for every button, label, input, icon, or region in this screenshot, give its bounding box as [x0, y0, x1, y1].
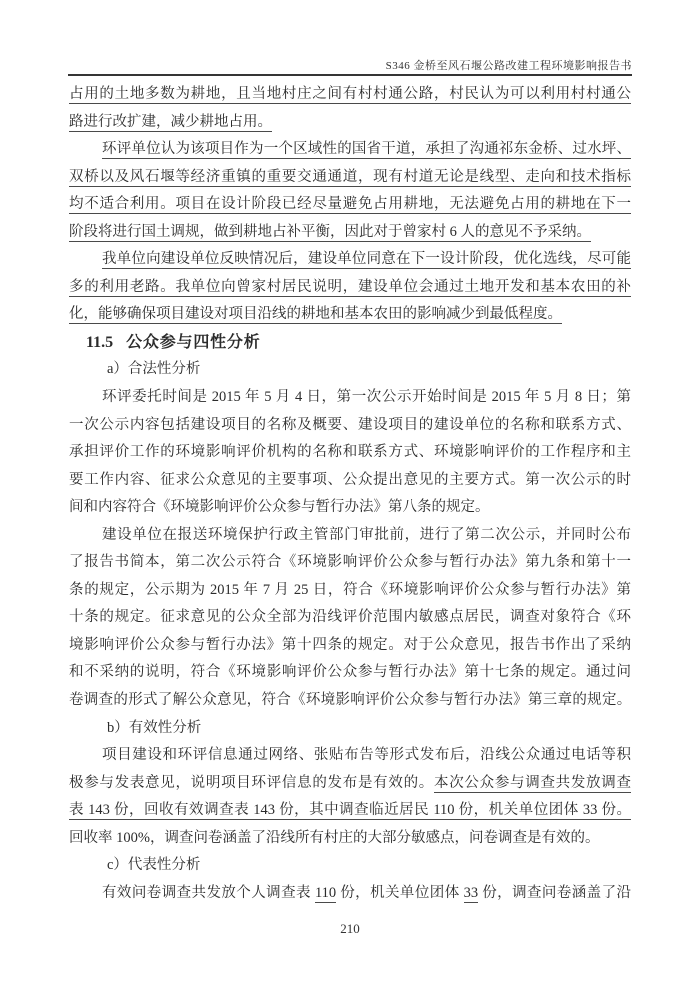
page-number: 210	[0, 921, 700, 937]
text-line: 占用的土地多数为耕地，且当地村庄之间有村村通公路，村民认为可以利用村村通公	[69, 81, 631, 109]
text-line: 回收率 100%，调查问卷涵盖了沿线所有村庄的大部分敏感点，问卷调查是有效的。	[69, 825, 631, 853]
document-body: 占用的土地多数为耕地，且当地村庄之间有村村通公路，村民认为可以利用村村通公路进行…	[69, 81, 631, 907]
text-segment: 了报告书简本，第二次公示符合《环境影响评价公众参与暂行办法》第九条和第十一	[69, 554, 631, 570]
text-segment: 有效问卷调查共发放个人调查表	[102, 885, 315, 901]
text-line: 承担评价工作的环境影响评价机构的名称和联系方式、环境影响评价的工作程序和主	[69, 439, 631, 467]
underlined-text: 我单位向建设单位反映情况后，建设单位同意在下一设计阶段，优化选线，尽可能	[102, 251, 631, 269]
section-title: 公众参与四性分析	[126, 334, 260, 351]
text-line: 有效问卷调查共发放个人调查表 110 份，机关单位团体 33 份，调查问卷涵盖了…	[69, 880, 631, 908]
underlined-text: 占用的土地多数为耕地，且当地村庄之间有村村通公路，村民认为可以利用村村通公	[69, 86, 631, 104]
underlined-text: 表 143 份，回收有效调查表 143 份，其中调查临近居民 110 份，机关单…	[69, 802, 631, 820]
text-line: 间和内容符合《环境影响评价公众参与暂行办法》第八条的规定。	[69, 494, 631, 522]
text-segment: 份，机关单位团体	[336, 885, 463, 901]
text-segment: 建设单位在报送环境保护行政主管部门审批前，进行了第二次公示，并同时公布	[102, 527, 631, 543]
text-line: 境影响评价公众参与暂行办法》第十四条的规定。对于公众意见，报告书作出了采纳	[69, 632, 631, 660]
text-line: 我单位向建设单位反映情况后，建设单位同意在下一设计阶段，优化选线，尽可能	[69, 246, 631, 274]
text-line: 项目建设和环评信息通过网络、张贴布告等形式发布后，沿线公众通过电话等积	[69, 742, 631, 770]
text-segment: b）有效性分析	[107, 720, 201, 736]
subsection-heading: b）有效性分析	[69, 715, 631, 743]
text-line: 要工作内容、征求公众意见的主要事项、公众提出意见的主要方式。第一次公示的时	[69, 467, 631, 495]
text-line: 一次公示内容包括建设项目的名称及概要、建设项目的建设单位的名称和联系方式、	[69, 412, 631, 440]
text-segment: 和不采纳的说明，符合《环境影响评价公众参与暂行办法》第十七条的规定。通过问	[69, 664, 631, 680]
text-line: 建设单位在报送环境保护行政主管部门审批前，进行了第二次公示，并同时公布	[69, 522, 631, 550]
text-line: 双桥以及风石堰等经济重镇的重要交通通道，现有村道无论是线型、走向和技术指标	[69, 164, 631, 192]
text-segment: a）合法性分析	[107, 361, 200, 377]
underlined-text: 路进行改扩建，减少耕地占用。	[69, 114, 272, 132]
report-page: S346 金桥至风石堰公路改建工程环境影响报告书 占用的土地多数为耕地，且当地村…	[0, 0, 700, 990]
text-line: 了报告书简本，第二次公示符合《环境影响评价公众参与暂行办法》第九条和第十一	[69, 549, 631, 577]
text-segment: 十条的规定。征求意见的公众全部为沿线评价范围内敏感点居民，调查对象符合《环	[69, 609, 631, 625]
underlined-text: 33	[464, 885, 479, 903]
text-line: 卷调查的形式了解公众意见，符合《环境影响评价公众参与暂行办法》第三章的规定。	[69, 687, 631, 715]
text-line: 极参与发表意见，说明项目环评信息的发布是有效的。本次公众参与调查共发放调查	[69, 770, 631, 798]
text-segment: 项目建设和环评信息通过网络、张贴布告等形式发布后，沿线公众通过电话等积	[102, 747, 631, 763]
text-line: 表 143 份，回收有效调查表 143 份，其中调查临近居民 110 份，机关单…	[69, 797, 631, 825]
underlined-text: 多的利用老路。我单位向曾家村居民说明，建设单位会通过土地开发和基本农田的补	[69, 279, 631, 297]
underlined-text: 均不适合利用。项目在设计阶段已经尽量避免占用耕地，无法避免占用的耕地在下一	[69, 196, 631, 214]
subsection-heading: c）代表性分析	[69, 852, 631, 880]
text-segment: 环评委托时间是 2015 年 5 月 4 日，第一次公示开始时间是 2015 年…	[102, 389, 631, 405]
underlined-text: 阶段将进行国土调规，做到耕地占补平衡，因此对于曾家村 6 人的意见不予采纳。	[69, 224, 591, 242]
text-line: 路进行改扩建，减少耕地占用。	[69, 109, 631, 137]
underlined-text: 110	[315, 885, 336, 903]
text-segment: 回收率 100%，调查问卷涵盖了沿线所有村庄的大部分敏感点，问卷调查是有效的。	[69, 830, 599, 846]
section-heading: 11.5公众参与四性分析	[69, 329, 631, 357]
text-line: 条的规定，公示期为 2015 年 7 月 25 日，符合《环境影响评价公众参与暂…	[69, 577, 631, 605]
underlined-text: 化，能够确保项目建设对项目沿线的耕地和基本农田的影响减少到最低程度。	[69, 306, 562, 324]
subsection-heading: a）合法性分析	[69, 356, 631, 384]
text-segment: 要工作内容、征求公众意见的主要事项、公众提出意见的主要方式。第一次公示的时	[69, 472, 631, 488]
text-segment: 条的规定，公示期为 2015 年 7 月 25 日，符合《环境影响评价公众参与暂…	[69, 582, 631, 598]
section-number: 11.5	[86, 334, 113, 351]
text-line: 环评委托时间是 2015 年 5 月 4 日，第一次公示开始时间是 2015 年…	[69, 384, 631, 412]
page-header-title: S346 金桥至风石堰公路改建工程环境影响报告书	[386, 57, 632, 73]
header-rule	[68, 74, 632, 76]
text-segment: 境影响评价公众参与暂行办法》第十四条的规定。对于公众意见，报告书作出了采纳	[69, 637, 631, 653]
text-segment: 极参与发表意见，说明项目环评信息的发布是有效的。	[69, 775, 434, 791]
underlined-text: 本次公众参与调查共发放调查	[434, 775, 631, 793]
text-line: 均不适合利用。项目在设计阶段已经尽量避免占用耕地，无法避免占用的耕地在下一	[69, 191, 631, 219]
underlined-text: 环评单位认为该项目作为一个区域性的国省干道，承担了沟通祁东金桥、过水坪、	[102, 141, 631, 159]
text-line: 多的利用老路。我单位向曾家村居民说明，建设单位会通过土地开发和基本农田的补	[69, 274, 631, 302]
text-segment: 一次公示内容包括建设项目的名称及概要、建设项目的建设单位的名称和联系方式、	[69, 417, 631, 433]
text-line: 十条的规定。征求意见的公众全部为沿线评价范围内敏感点居民，调查对象符合《环	[69, 604, 631, 632]
text-line: 化，能够确保项目建设对项目沿线的耕地和基本农田的影响减少到最低程度。	[69, 301, 631, 329]
text-segment: c）代表性分析	[107, 857, 200, 873]
text-segment: 卷调查的形式了解公众意见，符合《环境影响评价公众参与暂行办法》第三章的规定。	[69, 692, 631, 708]
text-segment: 间和内容符合《环境影响评价公众参与暂行办法》第八条的规定。	[69, 499, 490, 515]
text-segment: 承担评价工作的环境影响评价机构的名称和联系方式、环境影响评价的工作程序和主	[69, 444, 631, 460]
text-line: 环评单位认为该项目作为一个区域性的国省干道，承担了沟通祁东金桥、过水坪、	[69, 136, 631, 164]
text-segment: 份，调查问卷涵盖了沿	[478, 885, 631, 901]
text-line: 阶段将进行国土调规，做到耕地占补平衡，因此对于曾家村 6 人的意见不予采纳。	[69, 219, 631, 247]
underlined-text: 双桥以及风石堰等经济重镇的重要交通通道，现有村道无论是线型、走向和技术指标	[69, 169, 631, 187]
text-line: 和不采纳的说明，符合《环境影响评价公众参与暂行办法》第十七条的规定。通过问	[69, 659, 631, 687]
